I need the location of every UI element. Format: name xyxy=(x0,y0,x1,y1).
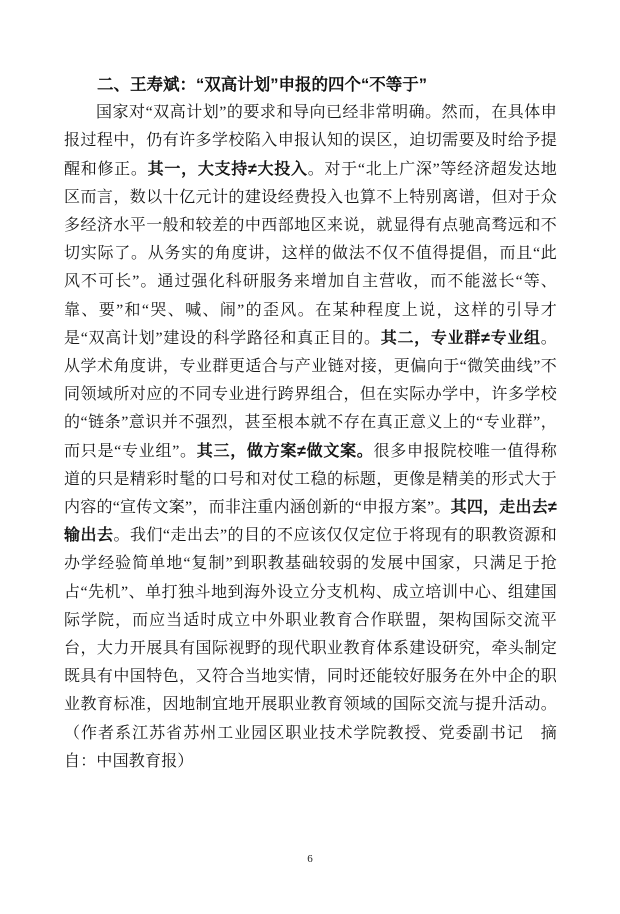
body-paragraph: 国家对“双高计划”的要求和导向已经非常明确。然而，在具体申报过程中，仍有许多学校… xyxy=(64,99,557,776)
text-segment: 。从学术角度讲，专业群更适合与产业链对接，更偏向于“微笑曲线”不同领域所对应的不… xyxy=(64,330,557,460)
text-segment: 。我们“走出去”的目的不应该仅仅定位于将现有的职教资源和办学经验简单地“复制”到… xyxy=(64,527,557,770)
text-segment: 。对于“北上广深”等经济超发达地区而言，数以十亿元计的建设经费投入也算不上特别离… xyxy=(64,161,557,347)
emphasis-phrase: 其二，专业群≠专业组 xyxy=(381,330,541,347)
page-footer: 6 xyxy=(0,852,620,866)
emphasis-phrase: 其一，大支持≠大投入 xyxy=(148,161,308,178)
document-content: 二、王寿斌：“双高计划”申报的四个“不等于” 国家对“双高计划”的要求和导向已经… xyxy=(64,71,557,776)
section-heading: 二、王寿斌：“双高计划”申报的四个“不等于” xyxy=(64,71,557,99)
page-number: 6 xyxy=(307,853,313,865)
document-page: 二、王寿斌：“双高计划”申报的四个“不等于” 国家对“双高计划”的要求和导向已经… xyxy=(0,0,620,914)
emphasis-phrase: 其三，做方案≠做文案。 xyxy=(197,443,374,460)
